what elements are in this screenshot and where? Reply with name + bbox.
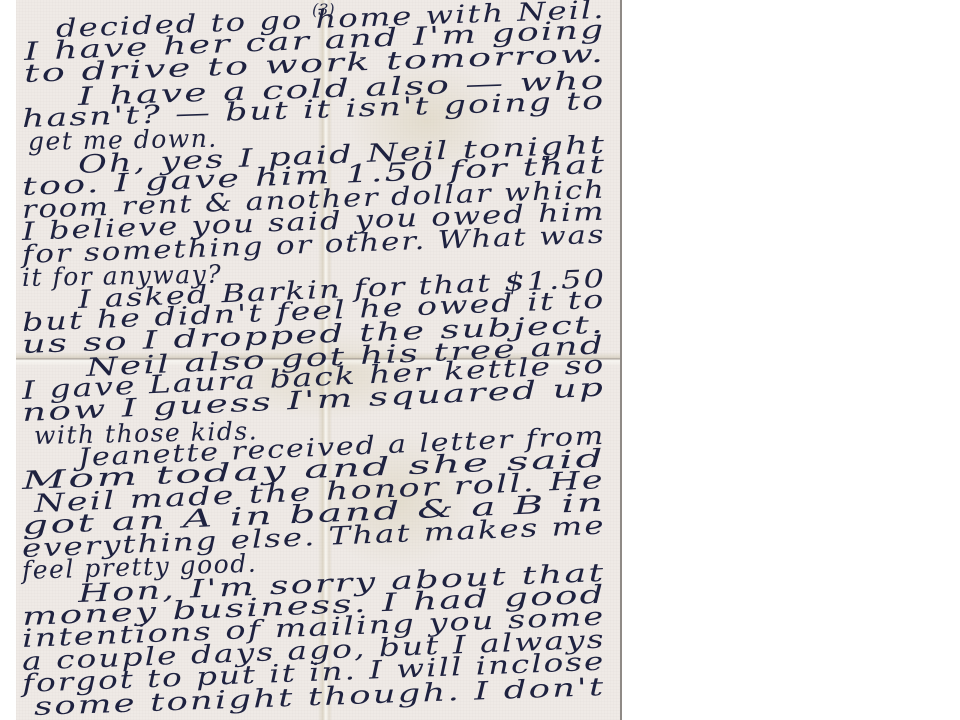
- letter-page: (3) decided to go home with Neil.I have …: [16, 0, 622, 720]
